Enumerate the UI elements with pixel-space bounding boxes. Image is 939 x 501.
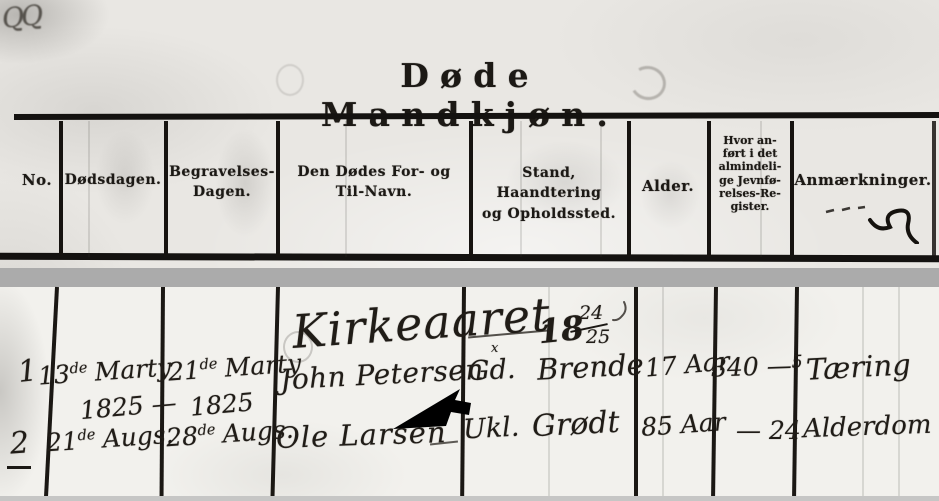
burial-year: 1825 xyxy=(189,387,255,421)
separator-band xyxy=(0,268,939,287)
column-header-age: Alder. xyxy=(629,176,707,198)
entry-no: 1 xyxy=(16,353,39,390)
column-header-status: Stand, Haandtering og Opholdssted. xyxy=(471,163,627,224)
header-top-rule xyxy=(14,112,939,120)
residence: Brende xyxy=(536,347,644,387)
ghost-line xyxy=(898,287,900,501)
column-header-register: Hvor an- ført i det almindeli- ge Jevnfø… xyxy=(710,134,790,213)
residence: Grødt xyxy=(531,405,620,445)
column-header-no: No. xyxy=(14,170,60,192)
age: 85 Aar xyxy=(640,407,726,442)
church-year-top: 24 xyxy=(579,302,603,324)
scanned-register-page: QQ Døde Mandkjøn. No. Dødsdagen. Begrave… xyxy=(0,0,939,501)
register-ref: — 24 xyxy=(736,416,801,445)
church-year-bottom: 25 xyxy=(586,326,610,348)
column-header-death-day: Dødsdagen. xyxy=(62,170,164,190)
remark: Alderdom xyxy=(803,410,932,444)
column-header-name: Den Dødes For- og Til-Navn. xyxy=(280,162,468,203)
ink-squiggle xyxy=(820,196,930,244)
entry-no: 2 xyxy=(9,425,30,461)
deceased-name: Ole Larsen xyxy=(275,415,447,455)
ghost-line xyxy=(662,287,664,501)
column-header-burial-day: Begravelses- Dagen. xyxy=(167,162,277,203)
entry-col-line xyxy=(634,287,638,501)
ghost-line xyxy=(862,287,864,501)
pen-stroke xyxy=(7,466,31,469)
corner-mark: QQ xyxy=(0,0,41,35)
register-ref: 340 —5 xyxy=(711,350,804,382)
pen-flourish xyxy=(610,300,630,326)
bottom-edge-strip xyxy=(0,496,939,501)
remark: Tæring xyxy=(805,347,911,386)
status-abbrev: Ukl. xyxy=(462,412,520,446)
column-header-remarks: Anmærkninger. xyxy=(793,170,933,192)
